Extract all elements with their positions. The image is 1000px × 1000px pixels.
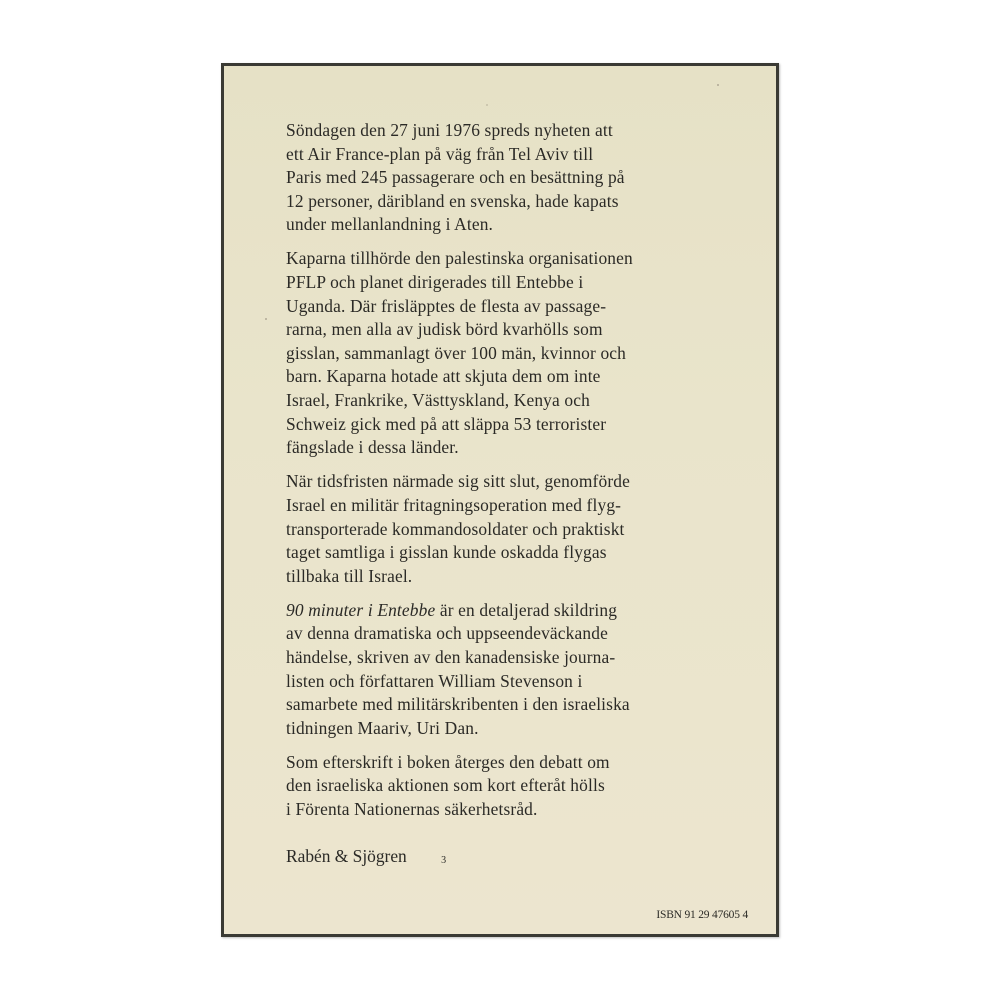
text-line: transporterade kommandosoldater och prak… (286, 518, 746, 542)
paragraph-rescue: När tidsfristen närmade sig sitt slut, g… (286, 470, 746, 588)
paper-speck (486, 104, 488, 106)
text-line: händelse, skriven av den kanadensiske jo… (286, 646, 746, 670)
text-line: samarbete med militärskribenten i den is… (286, 693, 746, 717)
book-back-cover: Söndagen den 27 juni 1976 spreds nyheten… (221, 63, 779, 937)
text-line: Israel en militär fritagningsoperation m… (286, 494, 746, 518)
text-line: i Förenta Nationernas säkerhetsråd. (286, 798, 746, 822)
paragraph-postscript: Som efterskrift i boken återges den deba… (286, 751, 746, 822)
text-line: Söndagen den 27 juni 1976 spreds nyheten… (286, 119, 746, 143)
text-line: under mellanlandning i Aten. (286, 213, 746, 237)
text-line: tidningen Maariv, Uri Dan. (286, 717, 746, 741)
text-line: Israel, Frankrike, Västtyskland, Kenya o… (286, 389, 746, 413)
blurb-text: Söndagen den 27 juni 1976 spreds nyheten… (286, 119, 746, 832)
text-line: PFLP och planet dirigerades till Entebbe… (286, 271, 746, 295)
text-line: fängslade i dessa länder. (286, 436, 746, 460)
text-line: taget samtliga i gisslan kunde oskadda f… (286, 541, 746, 565)
text-line: Uganda. Där frisläpptes de flesta av pas… (286, 295, 746, 319)
text-line: den israeliska aktionen som kort efteråt… (286, 774, 746, 798)
text-line: barn. Kaparna hotade att skjuta dem om i… (286, 365, 746, 389)
text-line: listen och författaren William Stevenson… (286, 670, 746, 694)
paragraph-book-description: 90 minuter i Entebbe är en detaljerad sk… (286, 599, 746, 741)
page-number: 3 (441, 855, 446, 866)
publisher-row: Rabén & Sjögren 3 (286, 846, 446, 867)
paper-speck (717, 84, 719, 86)
book-title: 90 minuter i Entebbe (286, 600, 435, 620)
text-line: tillbaka till Israel. (286, 565, 746, 589)
publisher-name: Rabén & Sjögren (286, 846, 407, 866)
text-fragment: är en detaljerad skildring (435, 600, 617, 620)
text-line: av denna dramatiska och uppseendeväckand… (286, 622, 746, 646)
text-line: När tidsfristen närmade sig sitt slut, g… (286, 470, 746, 494)
text-line: ett Air France-plan på väg från Tel Aviv… (286, 143, 746, 167)
text-line: gisslan, sammanlagt över 100 män, kvinno… (286, 342, 746, 366)
text-line: Kaparna tillhörde den palestinska organi… (286, 247, 746, 271)
isbn-number: ISBN 91 29 47605 4 (656, 909, 748, 921)
text-line: Som efterskrift i boken återges den deba… (286, 751, 746, 775)
text-line: 12 personer, däribland en svenska, hade … (286, 190, 746, 214)
text-line: Paris med 245 passagerare och en besättn… (286, 166, 746, 190)
paragraph-hijacking: Söndagen den 27 juni 1976 spreds nyheten… (286, 119, 746, 237)
text-line: 90 minuter i Entebbe är en detaljerad sk… (286, 599, 746, 623)
text-line: Schweiz gick med på att släppa 53 terror… (286, 413, 746, 437)
paper-speck (265, 318, 267, 320)
text-line: rarna, men alla av judisk börd kvarhölls… (286, 318, 746, 342)
paragraph-hostages: Kaparna tillhörde den palestinska organi… (286, 247, 746, 459)
